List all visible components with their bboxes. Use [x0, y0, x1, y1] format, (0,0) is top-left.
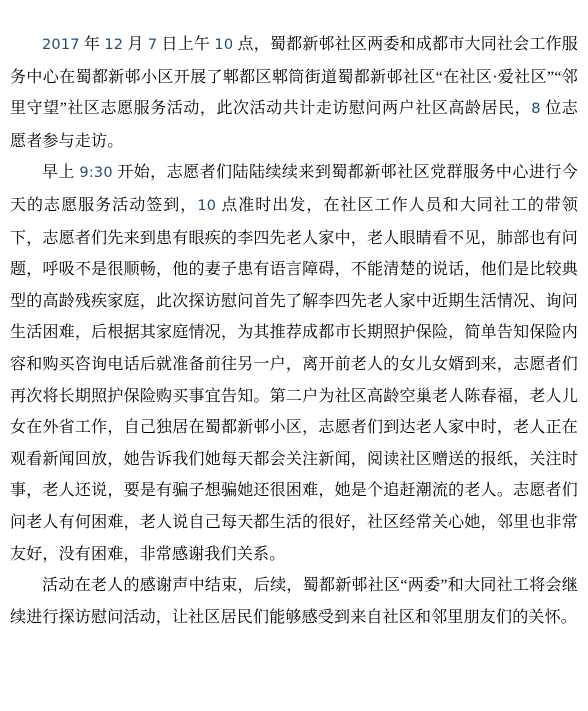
- numeric-run: 2017: [42, 37, 80, 53]
- numeric-run: 10: [214, 37, 233, 53]
- numeric-run: 7: [148, 37, 157, 53]
- text-run: 早上: [42, 164, 79, 181]
- numeric-run: 8: [531, 101, 540, 117]
- text-run: 活动在老人的感谢声中结束，后续，蜀都新邨社区“两委”和大同社工将会继续进行探访慰…: [10, 577, 578, 626]
- numeric-run: 10: [197, 198, 216, 214]
- text-run: 点准时出发，在社区工作人员和大同社工的带领下，志愿者们先来到患有眼疾的李四先老人…: [10, 197, 578, 563]
- text-run: 日上午: [157, 36, 214, 53]
- paragraph-1: 2017 年 12 月 7 日上午 10 点，蜀都新邨社区两委和成都市大同社会工…: [10, 29, 578, 157]
- numeric-run: 9:30: [79, 165, 112, 181]
- paragraph-3: 活动在老人的感谢声中结束，后续，蜀都新邨社区“两委”和大同社工将会继续进行探访慰…: [10, 570, 578, 633]
- text-run: 月: [123, 36, 148, 53]
- numeric-run: 12: [104, 37, 123, 53]
- document-page: 2017 年 12 月 7 日上午 10 点，蜀都新邨社区两委和成都市大同社会工…: [0, 0, 588, 711]
- document-body[interactable]: 2017 年 12 月 7 日上午 10 点，蜀都新邨社区两委和成都市大同社会工…: [10, 29, 578, 633]
- text-run: 年: [80, 36, 105, 53]
- paragraph-2: 早上 9:30 开始，志愿者们陆陆续续来到蜀都新邨社区党群服务中心进行今天的志愿…: [10, 157, 578, 570]
